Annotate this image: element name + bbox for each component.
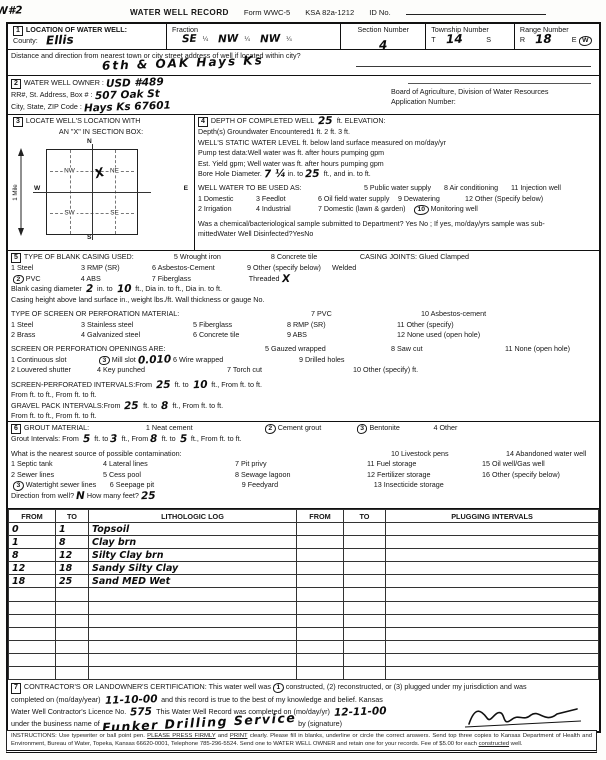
casing-screen-section: 5TYPE OF BLANK CASING USED:5 Wrought iro… [8,251,599,422]
form-label: Blank casing diameter [11,284,82,294]
pump-test-line: Pump test data:Well water wasft. afterho… [195,148,599,158]
litho-cell [344,614,386,627]
city-line: City, State, ZIP Code :Hays Ks 67601 [8,101,391,113]
depth-line: 4DEPTH OF COMPLETED WELL25ft. ELEVATION: [195,116,599,127]
form-label: SCREEN-PERFORATED INTERVALS: [11,380,135,390]
distance-row: Distance and direction from nearest town… [8,50,599,76]
form-label: 12 Other (Specify below) [465,194,543,204]
form-label: 2 Sewer lines [11,470,103,480]
use-line-3: 2 Irrigation4 Industrial7 Domestic (lawn… [195,204,599,215]
form-label: INSTRUCTIONS: Use typewriter or ball poi… [11,733,147,739]
form-label: 6 Concrete tile [193,330,287,340]
form-label: under the business name of [11,718,100,730]
form-label: Clamped [440,252,469,262]
form-label: DEPTH OF COMPLETED WELL [211,116,314,126]
form-label: in. to [288,169,303,179]
fraction-q1-value: SE [182,36,197,44]
form-label: Well water was [248,148,296,158]
direction-line: Direction from well?NHow many feet?25 [8,491,599,501]
screen-opt-line-1: 1 Steel3 Stainless steel5 Fiberglass8 RM… [8,320,599,330]
form-label: ft. [91,411,97,421]
form-label: 4 Industrial [256,204,318,214]
township-s-label: S [486,35,491,45]
range-cell: Range Number R 18 E W [514,24,599,49]
form-label: Depth(s) Groundwater Encountered [198,127,310,137]
compass-e: E [184,185,188,192]
distance-value: 6th & OAK Hays Ks [102,57,264,70]
compass-w: W [34,185,40,192]
location-county-cell: 1 LOCATION OF WATER WELL: County: Ellis [8,24,166,49]
fraction-q2-value: NW [218,36,239,44]
litho-cell: 8 [9,549,56,562]
form-label: Casing height above land surface [11,295,118,305]
form-label: 16 Other (specify below) [482,470,560,480]
form-label: Mill slot [112,355,136,365]
litho-header-from: FROM [9,510,56,523]
litho-cell [344,588,386,601]
openings-opt-line-2: 2 Louvered shutter4 Key punched7 Torch c… [8,365,599,375]
form-label: City, State, ZIP Code : [11,101,82,113]
form-label: ft. 2 [316,127,328,137]
township-value-line: T 14 S [428,35,512,45]
form-label: Threaded [249,274,280,284]
litho-row [9,601,599,614]
litho-cell [297,549,344,562]
form-label: 1 Septic tank [11,459,103,469]
form-label: ft. [365,169,371,179]
litho-cell [297,640,344,653]
township-label-line: Township Number [428,25,512,35]
litho-cell: 12 [56,549,89,562]
litho-row [9,640,599,653]
form-label: 1 Steel [11,263,81,273]
form-label: ft. to [30,390,44,400]
form-label: Bore Hole Diameter. [198,169,262,179]
screen-opt-line-2: 2 Brass4 Galvanized steel6 Concrete tile… [8,330,599,340]
form-label: No [304,229,313,239]
circled-choice: 3 [357,424,368,434]
litho-cell [386,653,599,666]
form-label: constructed, (2) reconstructed, or (3) p… [286,681,527,693]
use-line-2: 1 Domestic3 Feedlot6 Oil field water sup… [195,194,599,204]
range-value: 18 [535,36,552,44]
form-label: TYPE OF SCREEN OR PERFORATION MATERIAL: [11,309,311,319]
form-label: Direction from well? [11,491,74,501]
section-number-value: 4 [379,42,388,49]
litho-cell [386,588,599,601]
litho-header-to2: TO [344,510,386,523]
water-well-record-form: WATER WELL RECORD Form WWC-5 KSA 82a-121… [0,0,606,760]
grout-intervals-line: Grout Intervals: From5ft. to3ft., From8f… [8,434,599,444]
handwritten-value: 575 [130,708,152,716]
form-label: ft. to [30,411,44,421]
circled-choice: 3 [99,356,110,366]
form-label: 11 Other (specify) [397,320,454,330]
county-line: County: Ellis [10,36,164,46]
range-r-label: R [520,35,525,45]
circled-choice: 10 [414,205,429,215]
casing-type-line: 5TYPE OF BLANK CASING USED:5 Wrought iro… [8,252,599,263]
handwritten-value: 10 [117,286,132,294]
litho-cell [56,588,89,601]
form-label: ft., Dia [176,284,197,294]
id-label: ID No. [369,8,391,17]
form-body: 1 LOCATION OF WATER WELL: County: Ellis … [6,22,601,733]
form-label: 9 Drilled holes [299,355,345,365]
gravel-intervals-line-1: GRAVEL PACK INTERVALS:From25ft. to8ft., … [8,401,599,411]
mile-label: 1 Mile [12,185,19,202]
board-block: Board of Agriculture, Division of Water … [391,76,599,114]
fraction-values-line: SE¼ NW¼ NW¼ [169,35,338,45]
quarter-glyph: ¼ [286,35,291,45]
well-id-handwritten: MW#2 [0,7,23,15]
form-label: 1 Domestic [198,194,256,204]
form-label: ft., and [324,169,346,179]
circled-choice: 2 [13,275,24,285]
handwritten-value: 25 [156,382,171,390]
litho-cell [9,601,56,614]
form-label: Cement grout [278,423,355,433]
form-label: 2 Brass [11,330,81,340]
form-label: What is the nearest source of possible c… [11,449,391,459]
form-label: GRAVEL PACK INTERVALS: [11,401,104,411]
litho-row: 18Clay brn [9,536,599,549]
well-location-x-mark: X [94,169,105,179]
casing-diameter-line: Blank casing diameter2in. to10ft., Diain… [8,284,599,294]
form-label: 13 Insecticide storage [374,480,489,490]
form-label: ft. 3 [330,127,342,137]
litho-cell: Sand MED Wet [89,575,297,588]
litho-cell [9,667,56,680]
section-number-box: 2 [11,79,21,89]
underlined-label: constructed [479,741,509,747]
litho-cell: 18 [56,562,89,575]
contamination-line-1: 1 Septic tank4 Lateral lines7 Pit privy1… [8,459,599,469]
handwritten-value: 0.010 [138,356,171,364]
litho-cell [297,575,344,588]
form-label: and this record is true to the best of m… [161,694,383,706]
litho-cell [89,653,297,666]
quadrant-ne: NE [108,168,121,175]
form-label: hours pumping [321,159,368,169]
litho-cell [9,588,56,601]
form-label: Pump test data: [198,148,248,158]
form-label: 8 Sewage lagoon [235,470,367,480]
litho-cell [297,653,344,666]
range-e-label: E [572,35,577,45]
litho-cell [386,549,599,562]
form-label: Est. Yield [198,159,228,169]
est-yield-line: Est. Yieldgpm; Well water wasft. afterho… [195,159,599,169]
contamination-line-3: 3Watertight sewer lines6 Seepage pit9 Fe… [8,480,599,491]
litho-cell [297,536,344,549]
grout-material-line: 6GROUT MATERIAL:1 Neat cement2Cement gro… [8,423,599,434]
litho-cell [386,575,599,588]
litho-cell: 25 [56,575,89,588]
form-label: 4 Galvanized steel [81,330,193,340]
form-label: CONTRACTOR'S OR LANDOWNER'S CERTIFICATIO… [24,681,271,693]
litho-cell [297,523,344,536]
form-label: CASING JOINTS: Glued [360,252,438,262]
casing-height-line: Casing height above land surfacein., wei… [8,295,599,305]
openings-opt-line-1: 1 Continuous slot3Mill slot0.0106 Wire w… [8,355,599,366]
litho-cell: Sandy Silty Clay [89,562,297,575]
form-label: Welded [332,263,356,273]
range-label-line: Range Number [517,25,597,35]
handwritten-value: 2 [86,286,94,293]
litho-cell [56,601,89,614]
handwritten-value: Hays Ks 67601 [84,103,171,113]
handwritten-value: 25 [318,118,333,126]
form-label: 1 Continuous slot [11,355,97,365]
litho-cell [56,614,89,627]
fraction-q3-value: NW [260,36,281,44]
form-label: by (signature) [298,718,342,730]
handwritten-value: 11-10-00 [104,696,157,705]
location-title-line: 1 LOCATION OF WATER WELL: [10,25,164,36]
section-1-number: 1 [13,26,23,36]
mile-arrow: 1 Mile [16,147,26,237]
litho-cell [89,614,297,627]
litho-cell: 1 [9,536,56,549]
form-label: ft. below land surface measured on mo/da… [302,138,446,148]
litho-row: 812Silty Clay brn [9,549,599,562]
form-label: ft., Dia [135,284,156,294]
form-label: well. [509,741,522,747]
form-label: No [419,219,428,229]
form-label: Water Well Disinfected? [217,229,292,239]
bore-hole-line: Bore Hole Diameter.7 ¼in. to25ft., andin… [195,169,599,179]
litho-cell: Clay brn [89,536,297,549]
form-header: WATER WELL RECORD Form WWC-5 KSA 82a-121… [130,7,546,17]
form-label: 2 Irrigation [198,204,256,214]
form-label: ft. to [94,434,108,444]
litho-cell [386,627,599,640]
form-label: completed on (mo/day/year) [11,694,101,706]
form-label: 4 Lateral lines [103,459,235,469]
form-label: PVC [26,274,81,284]
litho-cell [386,640,599,653]
form-label: ft. [344,127,350,137]
form-label: From [11,411,28,421]
litho-row [9,653,599,666]
litho-cell [89,640,297,653]
form-label: 1 [310,127,314,137]
form-label: gpm [370,148,384,158]
signature [463,702,583,730]
statute-number: KSA 82a-1212 [305,8,354,17]
address-line: RR#, St. Address, Box # :507 Oak St [8,89,391,101]
instructions-box: INSTRUCTIONS: Use typewriter or ball poi… [6,730,597,753]
form-label: WELL'S STATIC WATER LEVEL [198,138,300,148]
form-label: ft. [217,401,223,411]
handwritten-value: 507 Oak St [94,91,159,100]
form-title: WATER WELL RECORD [130,8,229,17]
location-row: 1 LOCATION OF WATER WELL: County: Ellis … [8,24,599,50]
litho-cell [344,562,386,575]
static-level-line: WELL'S STATIC WATER LEVELft. below land … [195,138,599,148]
litho-cell [56,653,89,666]
quadrant-nw: NW [62,168,77,175]
section-number-cell: Section Number 4 [340,24,425,49]
litho-cell [89,667,297,680]
litho-cell [344,653,386,666]
handwritten-value: 5 [83,436,91,443]
section-number-label: Section Number [357,25,409,35]
fraction-cell: Fraction SE¼ NW¼ NW¼ [166,24,340,49]
openings-title-line: SCREEN OR PERFORATION OPENINGS ARE:5 Gau… [8,344,599,354]
grout-contamination-section: 6GROUT MATERIAL:1 Neat cement2Cement gro… [8,422,599,509]
form-label: in., weight [120,295,152,305]
form-label: SCREEN OR PERFORATION OPENINGS ARE: [11,344,265,354]
locator-title-line: 3 LOCATE WELL'S LOCATION WITH [10,116,192,127]
form-label: 10 Asbestos-cement [421,309,486,319]
litho-cell: 0 [9,523,56,536]
handwritten-value: 7 ¼ [264,171,286,179]
groundwater-line: Depth(s) Groundwater Encountered1ft. 2ft… [195,127,599,137]
litho-cell: Topsoil [89,523,297,536]
section-1-title: LOCATION OF WATER WELL: [26,25,127,35]
form-label: ft., From [46,411,73,421]
form-label: 9 Dewatering [398,194,465,204]
litho-cell [386,562,599,575]
handwritten-value: 25 [305,171,320,179]
distance-blank-line [356,66,591,67]
form-label: Water Well Contractor's Licence No. [11,706,126,718]
section-box-locator: 3 LOCATE WELL'S LOCATION WITH AN "X" IN … [8,115,195,250]
litho-cell [89,601,297,614]
litho-cell [344,667,386,680]
form-label: Yes [293,229,305,239]
owner-fields: 2WATER WELL OWNER :USD #489RR#, St. Addr… [8,76,391,114]
section-3-number: 3 [13,117,23,127]
form-label: 6 Asbestos-Cement [152,263,247,273]
litho-cell [297,601,344,614]
quadrant-sw: SW [62,210,76,217]
form-label: ft. [412,365,418,375]
handwritten-value: 3 [110,436,118,443]
litho-cell [297,562,344,575]
well-depth-section: 4DEPTH OF COMPLETED WELL25ft. ELEVATION:… [195,115,599,250]
litho-header-log: LITHOLOGIC LOG [89,510,297,523]
certification-section: 7CONTRACTOR'S OR LANDOWNER'S CERTIFICATI… [8,680,599,731]
form-label: 14 Abandoned water well [506,449,586,459]
handwritten-value: X [281,276,289,283]
gravel-intervals-line-2: Fromft. toft., Fromft. toft. [8,411,599,421]
owner-line: 2WATER WELL OWNER :USD #489 [8,77,391,89]
litho-cell [297,627,344,640]
form-label: 11 Injection well [511,183,561,193]
form-label: ft. to [220,434,234,444]
litho-header-plugging: PLUGGING INTERVALS [386,510,599,523]
litho-header-to: TO [56,510,89,523]
form-label: 6 Oil field water supply [318,194,398,204]
litho-cell [386,667,599,680]
litho-cell: 18 [9,575,56,588]
lithologic-log-table: FROM TO LITHOLOGIC LOG FROM TO PLUGGING … [8,509,599,680]
litho-cell: 1 [56,523,89,536]
litho-cell [9,614,56,627]
form-label: 8 RMP (SR) [287,320,397,330]
form-label: ft., From [211,380,238,390]
form-label: 7 Fiberglass [152,274,247,284]
form-label: ft. [216,284,222,294]
litho-cell [344,536,386,549]
quarter-glyph: ¼ [245,35,250,45]
section-box: NW NE SW SE X [46,149,138,235]
county-value: Ellis [46,37,74,45]
form-label: 10 Other (specify) [353,365,410,375]
form-label: in. to [158,284,174,294]
casing-opt-line-2: 2PVC4 ABS7 FiberglassThreadedX [8,274,599,285]
form-label: ft. [236,434,242,444]
form-label: ft. to [75,390,89,400]
litho-cell [9,653,56,666]
litho-cell: 12 [9,562,56,575]
range-value-line: R 18 E W [517,35,597,46]
litho-cell [89,627,297,640]
location-depth-row: 3 LOCATE WELL'S LOCATION WITH AN "X" IN … [8,115,599,251]
litho-cell: Silty Clay brn [89,549,297,562]
form-label: 6 Seepage pit [110,480,242,490]
screen-material-line: TYPE OF SCREEN OR PERFORATION MATERIAL:7… [8,309,599,319]
handwritten-value: N [76,492,85,499]
form-label: 7 Domestic (lawn & garden) [318,204,412,214]
form-label: lbs./ft. Wall thickness or gauge No. [154,295,264,305]
litho-row: 1218Sandy Silty Clay [9,562,599,575]
litho-cell [56,667,89,680]
form-label: 1 Neat cement [146,423,263,433]
form-label: From [11,390,28,400]
litho-header-row: FROM TO LITHOLOGIC LOG FROM TO PLUGGING … [9,510,599,523]
contamination-title-line: What is the nearest source of possible c… [8,449,599,459]
form-label: ; If yes, mo/day/yrs sample was sub- [430,219,545,229]
form-label: 2 Louvered shutter [11,365,97,375]
litho-cell [297,667,344,680]
handwritten-value: 25 [124,402,139,410]
litho-cell [344,523,386,536]
circled-choice: 2 [265,424,276,434]
handwritten-value: 25 [141,492,156,500]
form-label: ft., From [122,434,149,444]
litho-cell [386,601,599,614]
form-label: mitted [198,229,217,239]
quarter-glyph: ¼ [203,35,208,45]
form-label: hours pumping [321,148,368,158]
form-label: ft. [256,380,262,390]
litho-row: 01Topsoil [9,523,599,536]
form-label: ft. to [75,411,89,421]
form-label: 8 Concrete tile [271,252,360,262]
form-label: 4 Other [433,423,457,433]
form-label: 10 Livestock pens [391,449,506,459]
form-label: Was a chemical/bacteriological sample su… [198,219,417,229]
form-label: ft. to [175,380,189,390]
screen-intervals-line-2: Fromft. toft., Fromft. toft. [8,390,599,400]
form-label: Bentonite [369,423,433,433]
litho-cell [56,640,89,653]
form-label: WELL WATER TO BE USED AS: [198,183,364,193]
form-label: and [216,733,230,739]
owner-blank-line [408,83,591,84]
form-label: in. to [347,169,362,179]
litho-cell [297,614,344,627]
handwritten-value: 5 [179,436,187,443]
litho-cell [344,549,386,562]
form-label: 8 Saw cut [391,344,505,354]
form-label: ft. to [143,401,157,411]
form-label: ft. to [162,434,176,444]
